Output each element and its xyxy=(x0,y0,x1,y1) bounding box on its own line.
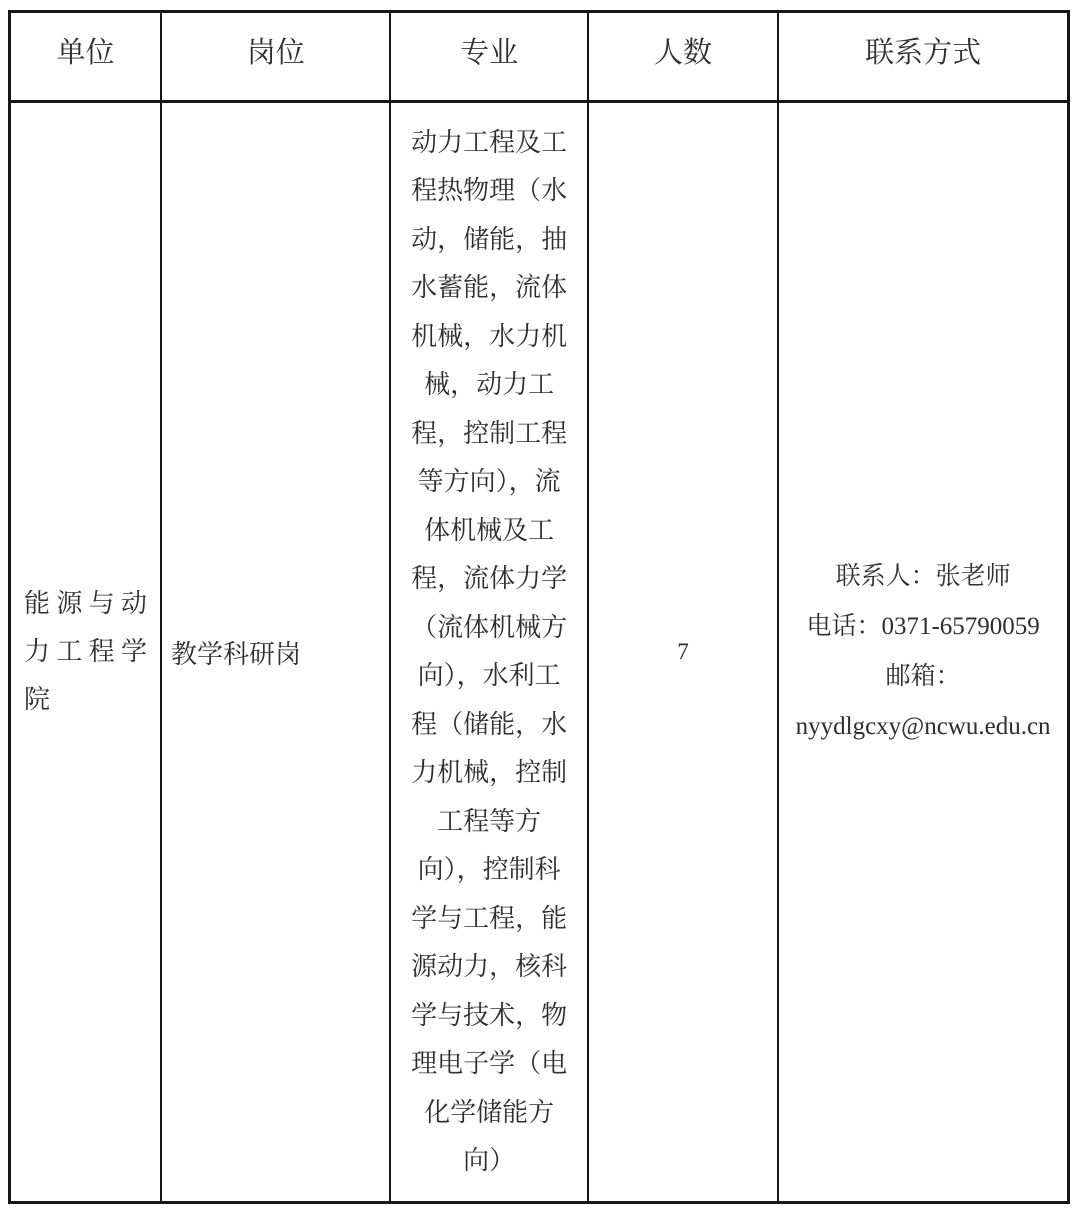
contact-person: 联系人：张老师 xyxy=(785,552,1061,602)
major-text-line: 械，动力工 xyxy=(395,361,582,410)
major-text-line: 化学储能方 xyxy=(395,1089,582,1138)
major-text-line: 程热物理（水 xyxy=(395,167,582,216)
cell-unit: 能源与动 力工程学 院 xyxy=(10,102,162,1203)
unit-text-line: 院 xyxy=(24,676,147,724)
contact-email-label: 邮箱： xyxy=(785,652,1061,702)
header-position: 岗位 xyxy=(161,12,390,102)
major-text-line: 体机械及工 xyxy=(395,507,582,556)
table-row: 能源与动 力工程学 院 教学科研岗 动力工程及工 程热物理（水 动，储能，抽 水… xyxy=(10,102,1069,1203)
position-text: 教学科研岗 xyxy=(171,640,301,669)
major-text-line: 水蓄能，流体 xyxy=(395,264,582,313)
header-major: 专业 xyxy=(390,12,587,102)
major-text-line: 动力工程及工 xyxy=(395,119,582,168)
unit-text-line: 能源与动 xyxy=(24,580,147,628)
cell-count: 7 xyxy=(588,102,778,1203)
cell-major: 动力工程及工 程热物理（水 动，储能，抽 水蓄能，流体 机械，水力机 械，动力工… xyxy=(390,102,587,1203)
major-text-line: 程（储能，水 xyxy=(395,701,582,750)
header-count: 人数 xyxy=(588,12,778,102)
major-text-line: （流体机械方 xyxy=(395,604,582,653)
recruitment-table: 单位 岗位 专业 人数 联系方式 能源与动 力工程学 院 教学科研岗 动力工程及… xyxy=(8,10,1070,1204)
major-text-line: 源动力，核科 xyxy=(395,943,582,992)
major-text-line: 向），控制科 xyxy=(395,846,582,895)
major-text-line: 理电子学（电 xyxy=(395,1040,582,1089)
major-text-line: 学与工程，能 xyxy=(395,895,582,944)
major-text-line: 程，流体力学 xyxy=(395,555,582,604)
major-text-line: 机械，水力机 xyxy=(395,313,582,362)
major-text-line: 向） xyxy=(395,1137,582,1186)
cell-position: 教学科研岗 xyxy=(161,102,390,1203)
table-header-row: 单位 岗位 专业 人数 联系方式 xyxy=(10,12,1069,102)
major-text-line: 力机械，控制 xyxy=(395,749,582,798)
major-text-line: 工程等方 xyxy=(395,798,582,847)
header-unit: 单位 xyxy=(10,12,162,102)
unit-text-line: 力工程学 xyxy=(24,628,147,676)
major-text-line: 等方向），流 xyxy=(395,458,582,507)
major-text-line: 学与技术，物 xyxy=(395,992,582,1041)
major-text-line: 动，储能，抽 xyxy=(395,216,582,265)
contact-email-address: nyydlgcxy@ncwu.edu.cn xyxy=(785,702,1061,752)
cell-contact: 联系人：张老师 电话：0371-65790059 邮箱： nyydlgcxy@n… xyxy=(778,102,1068,1203)
major-text-line: 程，控制工程 xyxy=(395,410,582,459)
header-contact: 联系方式 xyxy=(778,12,1068,102)
document-page: 单位 岗位 专业 人数 联系方式 能源与动 力工程学 院 教学科研岗 动力工程及… xyxy=(0,0,1080,1212)
contact-phone: 电话：0371-65790059 xyxy=(785,602,1061,652)
major-text-line: 向），水利工 xyxy=(395,652,582,701)
